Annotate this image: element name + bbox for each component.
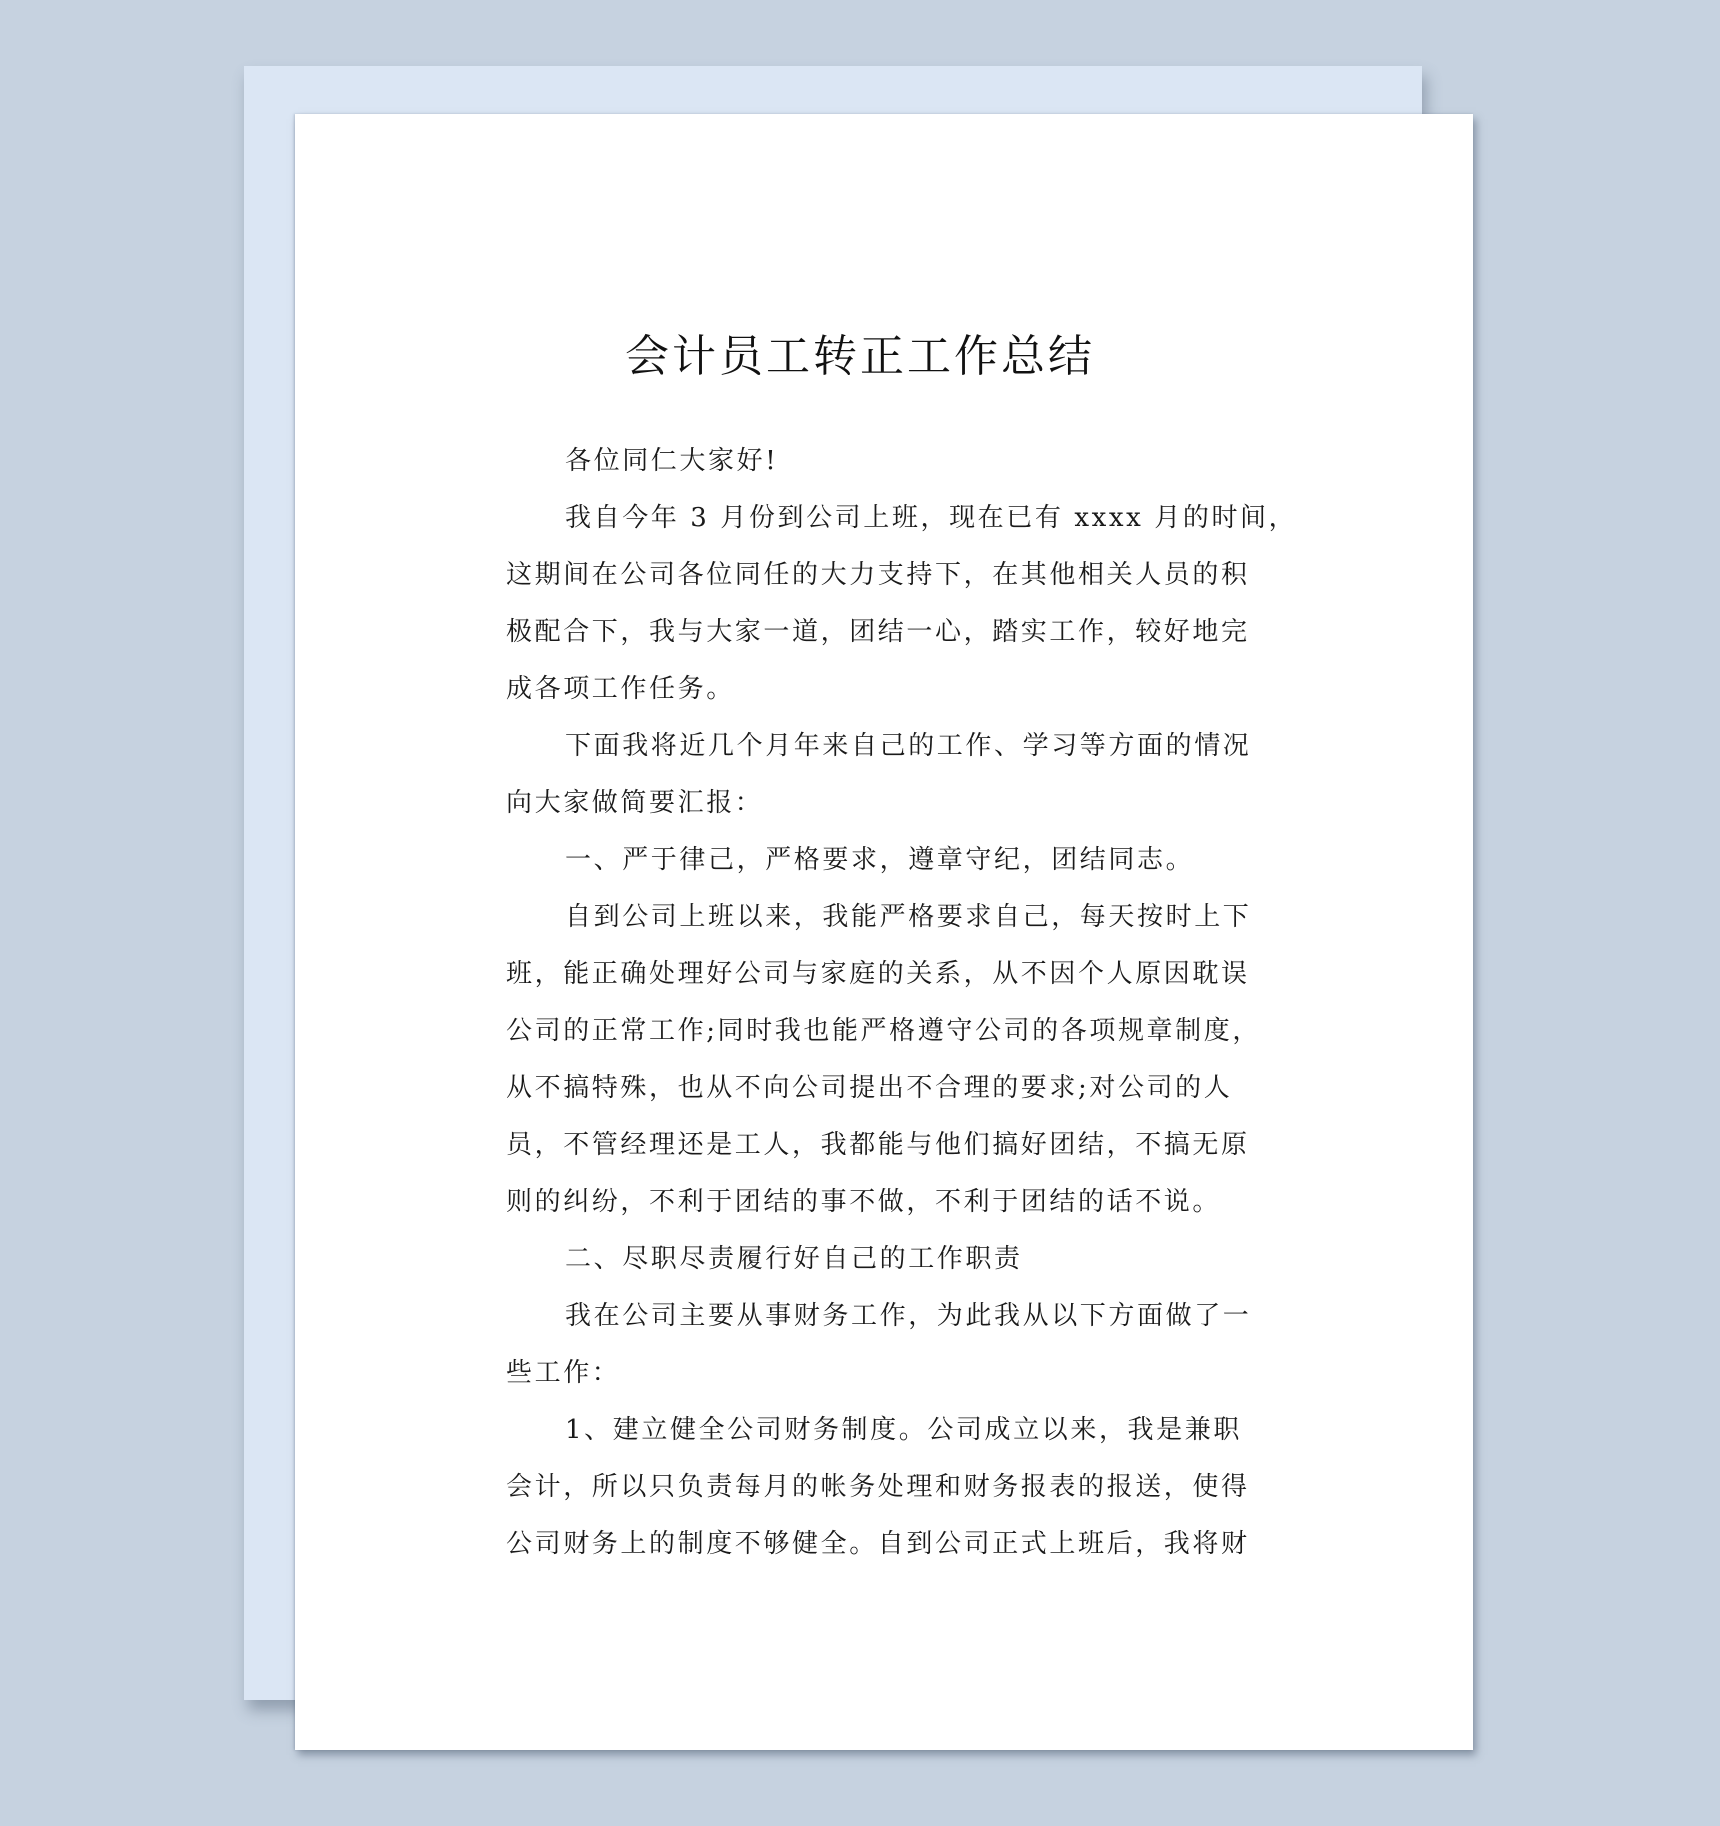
- body-line: 公司的正常工作;同时我也能严格遵守公司的各项规章制度，: [506, 1003, 1276, 1060]
- body-line: 些工作：: [506, 1345, 1276, 1402]
- body-line: 我在公司主要从事财务工作，为此我从以下方面做了一: [506, 1288, 1276, 1345]
- body-line: 则的纠纷，不利于团结的事不做，不利于团结的话不说。: [506, 1174, 1276, 1231]
- body-line: 向大家做简要汇报：: [506, 775, 1276, 832]
- body-line: 班，能正确处理好公司与家庭的关系，从不因个人原因耽误: [506, 946, 1276, 1003]
- body-line: 从不搞特殊，也从不向公司提出不合理的要求;对公司的人: [506, 1060, 1276, 1117]
- body-line: 这期间在公司各位同任的大力支持下，在其他相关人员的积: [506, 547, 1276, 604]
- body-line: 我自今年 3 月份到公司上班，现在已有 xxxx 月的时间，: [506, 490, 1276, 547]
- list-item-1: 1、建立健全公司财务制度。公司成立以来，我是兼职: [506, 1402, 1276, 1459]
- body-line: 各位同仁大家好!: [506, 433, 1276, 490]
- section-heading-1: 一、严于律己，严格要求，遵章守纪，团结同志。: [506, 832, 1276, 889]
- body-line: 成各项工作任务。: [506, 661, 1276, 718]
- document-title: 会计员工转正工作总结: [0, 329, 1720, 385]
- body-line: 会计，所以只负责每月的帐务处理和财务报表的报送，使得: [506, 1459, 1276, 1516]
- document-body: 各位同仁大家好! 我自今年 3 月份到公司上班，现在已有 xxxx 月的时间， …: [506, 433, 1276, 1573]
- body-line: 公司财务上的制度不够健全。自到公司正式上班后，我将财: [506, 1516, 1276, 1573]
- body-line: 极配合下，我与大家一道，团结一心，踏实工作，较好地完: [506, 604, 1276, 661]
- body-line: 自到公司上班以来，我能严格要求自己，每天按时上下: [506, 889, 1276, 946]
- body-line: 下面我将近几个月年来自己的工作、学习等方面的情况: [506, 718, 1276, 775]
- section-heading-2: 二、尽职尽责履行好自己的工作职责: [506, 1231, 1276, 1288]
- body-line: 员，不管经理还是工人，我都能与他们搞好团结，不搞无原: [506, 1117, 1276, 1174]
